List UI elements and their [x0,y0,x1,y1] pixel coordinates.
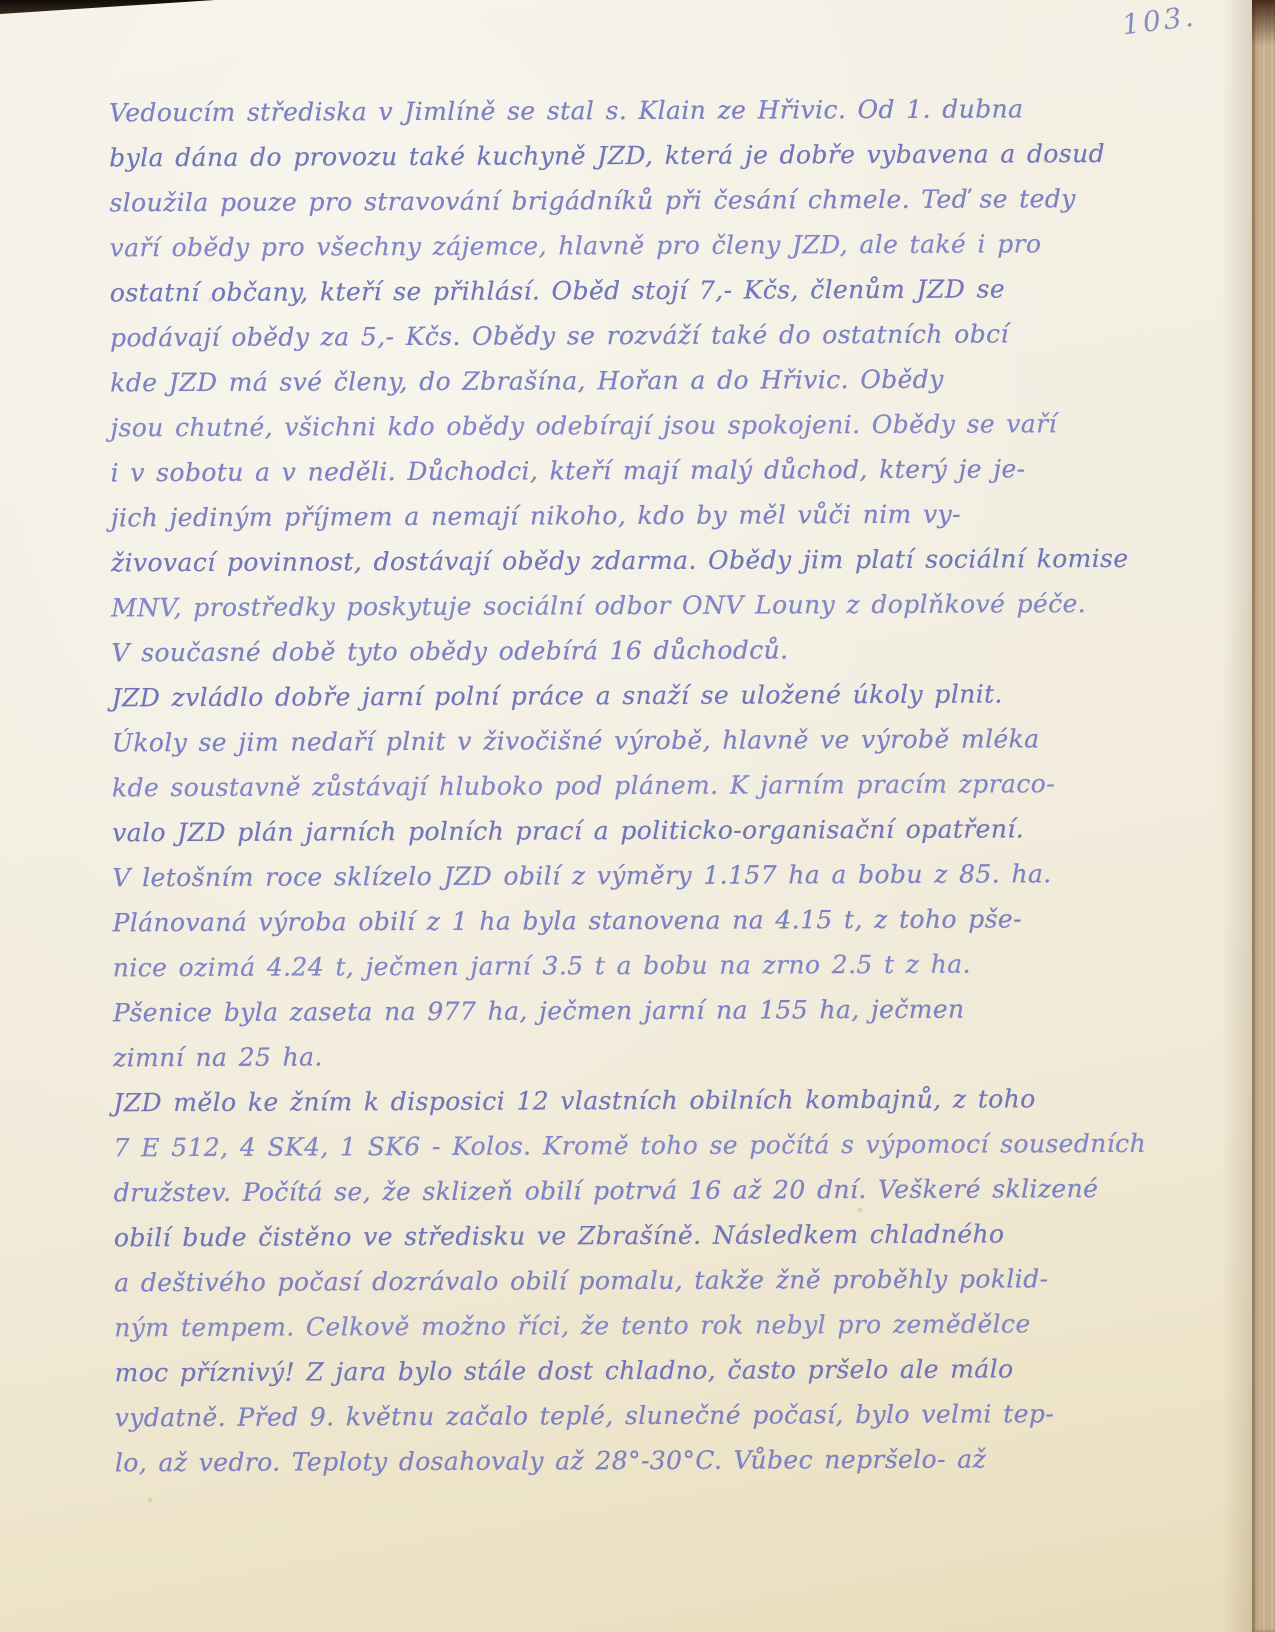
handwritten-line: ostatní občany, kteří se přihlásí. Oběd … [110,266,1170,316]
handwritten-line: vaří obědy pro všechny zájemce, hlavně p… [110,221,1170,271]
handwritten-line: nice ozimá 4.24 t, ječmen jarní 3.5 t a … [113,941,1173,991]
handwritten-line: jich jediným příjmem a nemají nikoho, kd… [111,491,1171,541]
handwritten-line: i v sobotu a v neděli. Důchodci, kteří m… [111,446,1171,496]
handwritten-line: lo, až vedro. Teploty dosahovaly až 28°-… [115,1436,1175,1486]
scan-edge-shadow [0,0,215,14]
handwritten-line: zimní na 25 ha. [113,1031,1173,1081]
handwritten-line: JZD zvládlo dobře jarní polní práce a sn… [112,671,1172,721]
handwritten-line: kde soustavně zůstávají hluboko pod plán… [112,761,1172,811]
scanned-chronicle-page: 103. Vedoucím střediska v Jimlíně se sta… [0,0,1275,1632]
handwritten-line: Pšenice byla zaseta na 977 ha, ječmen ja… [113,986,1173,1036]
handwritten-line: JZD mělo ke žním k disposici 12 vlastníc… [113,1076,1173,1126]
handwritten-line: živovací povinnost, dostávají obědy zdar… [111,536,1171,586]
handwritten-line: obilí bude čistěno ve středisku ve Zbraš… [114,1211,1174,1261]
handwritten-line: ným tempem. Celkově možno říci, že tento… [114,1301,1174,1351]
handwritten-line: Úkoly se jim nedaří plnit v živočišné vý… [112,716,1172,766]
handwritten-line: Plánovaná výroba obilí z 1 ha byla stano… [112,896,1172,946]
handwritten-line: kde JZD má své členy, do Zbrašína, Hořan… [110,356,1170,406]
handwritten-line: podávají obědy za 5,- Kčs. Obědy se rozv… [110,311,1170,361]
handwritten-line: družstev. Počítá se, že sklizeň obilí po… [114,1166,1174,1216]
book-page-edges [1252,0,1275,1632]
handwritten-line: V současné době tyto obědy odebírá 16 dů… [111,626,1171,676]
handwritten-line: MNV, prostředky poskytuje sociální odbor… [111,581,1171,631]
handwritten-line: sloužila pouze pro stravování brigádníků… [109,176,1169,226]
handwritten-line: 7 E 512, 4 SK4, 1 SK6 - Kolos. Kromě toh… [113,1121,1173,1171]
handwritten-line: byla dána do provozu také kuchyně JZD, k… [109,131,1169,181]
page-number: 103. [1120,0,1198,41]
handwritten-line: vydatně. Před 9. květnu začalo teplé, sl… [115,1391,1175,1441]
handwritten-line: valo JZD plán jarních polních prací a po… [112,806,1172,856]
handwritten-text-block: Vedoucím střediska v Jimlíně se stal s. … [109,86,1175,1486]
handwritten-line: moc příznivý! Z jara bylo stále dost chl… [114,1346,1174,1396]
handwritten-line: V letošním roce sklízelo JZD obilí z vým… [112,851,1172,901]
handwritten-line: Vedoucím střediska v Jimlíně se stal s. … [109,86,1169,136]
handwritten-line: a deštivého počasí dozrávalo obilí pomal… [114,1256,1174,1306]
handwritten-line: jsou chutné, všichni kdo obědy odebírají… [110,401,1170,451]
